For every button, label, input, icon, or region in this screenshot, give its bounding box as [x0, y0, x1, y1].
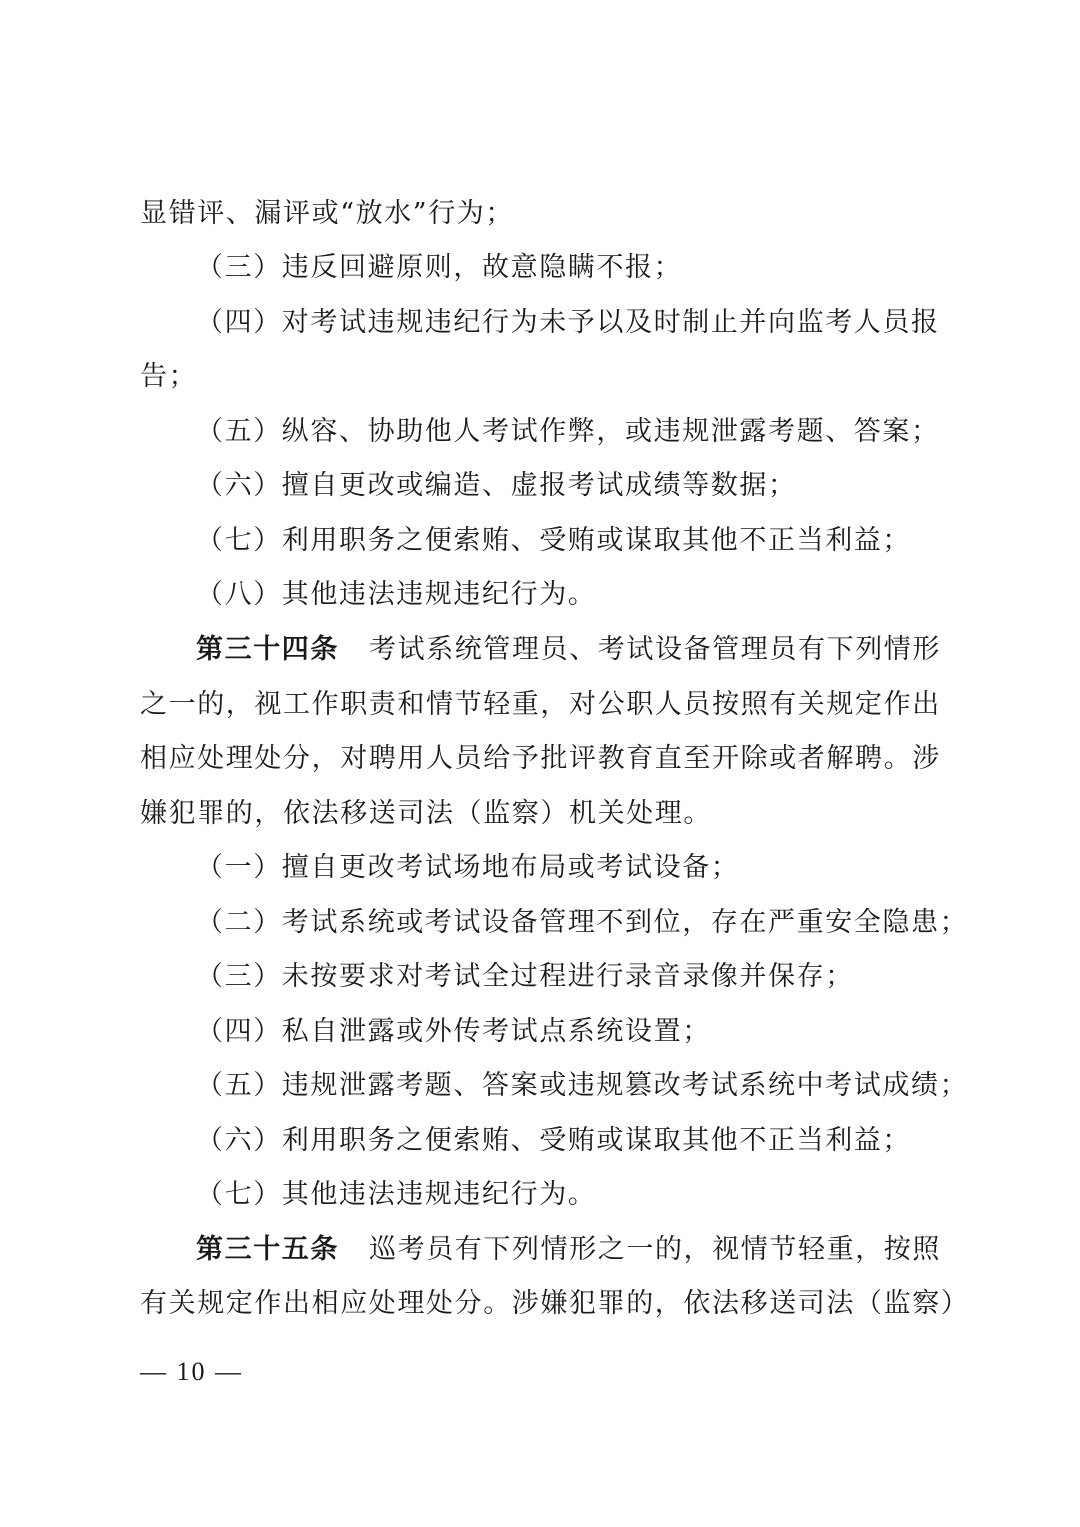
- text-line: 有关规定作出相应处理处分。涉嫌犯罪的，依法移送司法（监察）: [140, 1284, 940, 1324]
- text-line: 相应处理处分，对聘用人员给予批评教育直至开除或者解聘。涉: [140, 739, 940, 779]
- list-item: （七）其他违法违规违纪行为。: [196, 1175, 996, 1215]
- article-34-heading: 第三十四条: [196, 634, 339, 665]
- text-line: 告；: [140, 357, 940, 397]
- page-number: — 10 —: [140, 1352, 243, 1392]
- list-item: （一）擅自更改考试场地布局或考试设备；: [196, 848, 996, 888]
- list-item: （六）擅自更改或编造、虚报考试成绩等数据；: [196, 466, 996, 506]
- list-item: （三）未按要求对考试全过程进行录音录像并保存；: [196, 957, 996, 997]
- list-item: （五）违规泄露考题、答案或违规篡改考试系统中考试成绩；: [196, 1066, 996, 1106]
- document-page: 显错评、漏评或“放水”行为； （三）违反回避原则，故意隐瞒不报； （四）对考试违…: [0, 0, 1080, 1527]
- list-item: （二）考试系统或考试设备管理不到位，存在严重安全隐患；: [196, 903, 996, 943]
- list-item: （五）纵容、协助他人考试作弊，或违规泄露考题、答案；: [196, 412, 996, 452]
- list-item: （四）对考试违规违纪行为未予以及时制止并向监考人员报: [196, 303, 996, 343]
- list-item: （七）利用职务之便索贿、受贿或谋取其他不正当利益；: [196, 521, 996, 561]
- article-35-first-line: 第三十五条巡考员有下列情形之一的，视情节轻重，按照: [196, 1230, 996, 1270]
- article-34-text: 考试系统管理员、考试设备管理员有下列情形: [369, 634, 941, 665]
- list-item: （八）其他违法违规违纪行为。: [196, 575, 996, 615]
- list-item: （六）利用职务之便索贿、受贿或谋取其他不正当利益；: [196, 1121, 996, 1161]
- text-line: 显错评、漏评或“放水”行为；: [140, 194, 940, 234]
- text-line: 嫌犯罪的，依法移送司法（监察）机关处理。: [140, 794, 940, 834]
- list-item: （四）私自泄露或外传考试点系统设置；: [196, 1012, 996, 1052]
- article-35-heading: 第三十五条: [196, 1234, 339, 1265]
- list-item: （三）违反回避原则，故意隐瞒不报；: [196, 248, 996, 288]
- article-35-text: 巡考员有下列情形之一的，视情节轻重，按照: [369, 1234, 941, 1265]
- text-line: 之一的，视工作职责和情节轻重，对公职人员按照有关规定作出: [140, 685, 940, 725]
- article-34-first-line: 第三十四条考试系统管理员、考试设备管理员有下列情形: [196, 630, 996, 670]
